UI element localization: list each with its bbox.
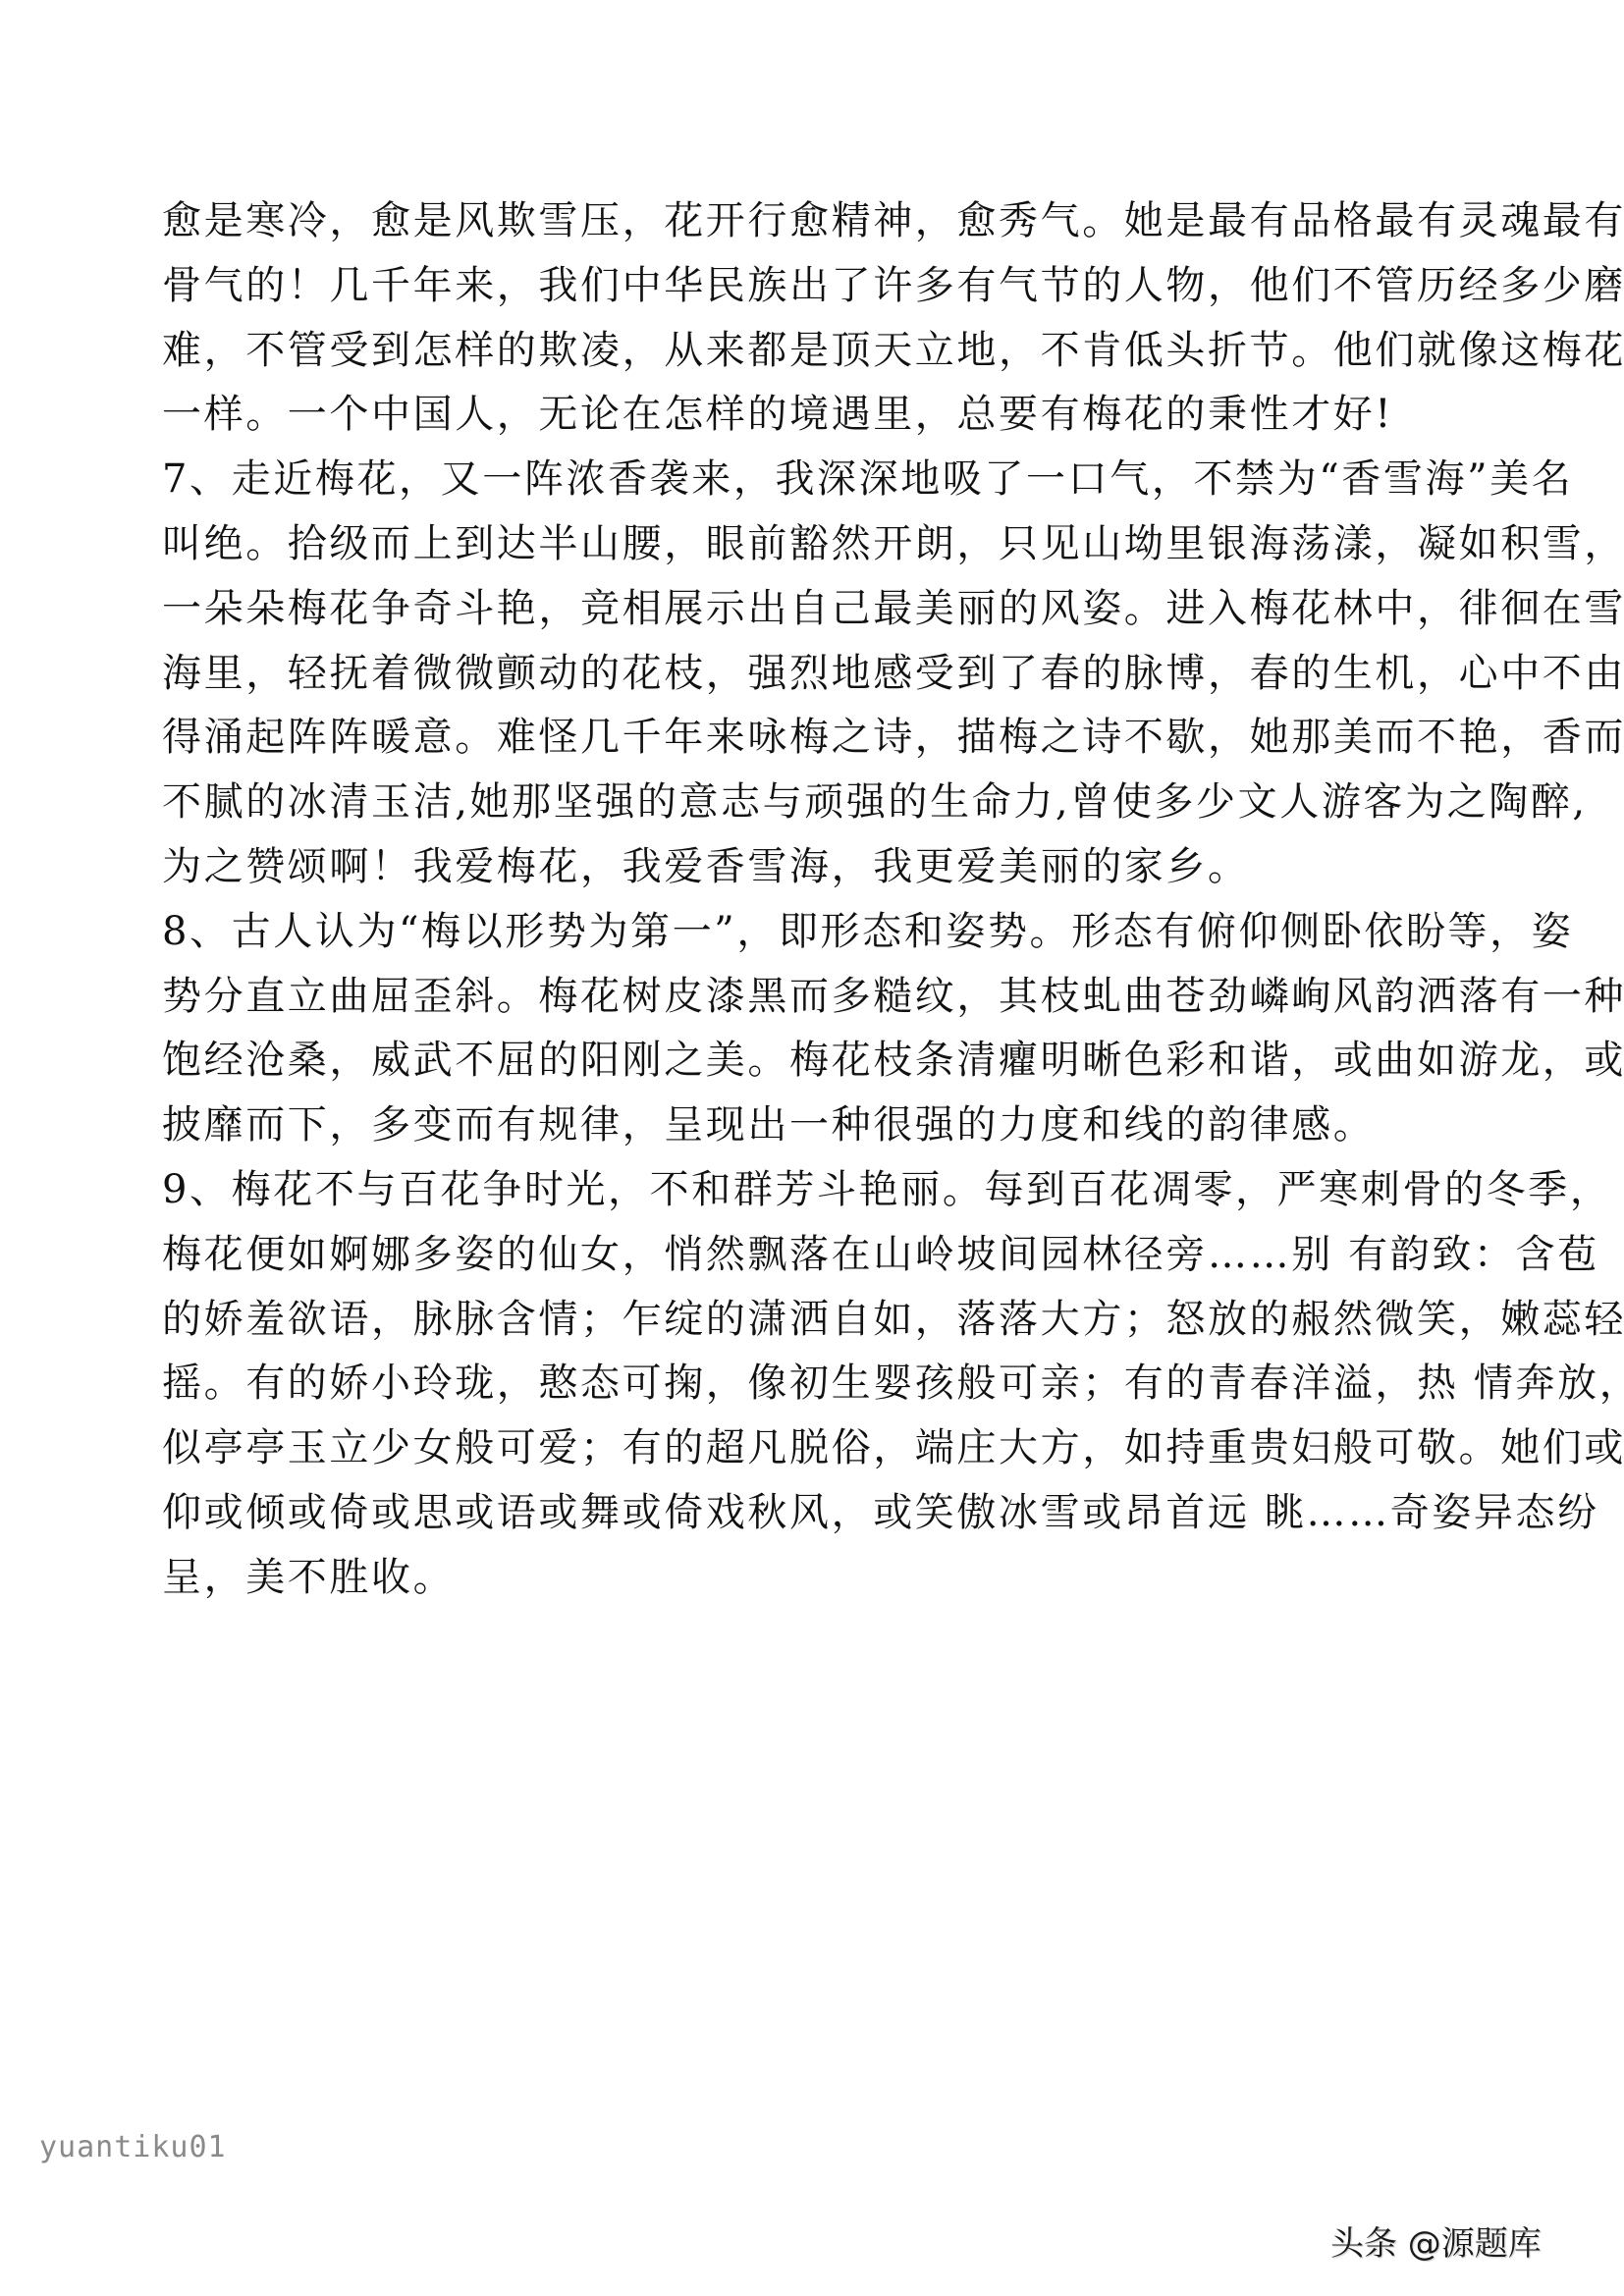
text-line: 一样。一个中国人，无论在怎样的境遇里，总要有梅花的秉性才好! (162, 383, 1497, 448)
source-attribution: 头条 @源题库 (1330, 2216, 1542, 2265)
text-line: 摇。有的娇小玲珑，憨态可掬，像初生婴孩般可亲；有的青春洋溢，热 情奔放， (162, 1352, 1497, 1416)
text-line: 难，不管受到怎样的欺凌，从来都是顶天立地，不肯低头折节。他们就像这梅花 (162, 319, 1497, 384)
watermark-text: yuantiku01 (39, 2130, 227, 2164)
text-line: 似亭亭玉立少女般可爱；有的超凡脱俗，端庄大方，如持重贵妇般可敬。她们或 (162, 1416, 1497, 1481)
text-line: 呈，美不胜收。 (162, 1546, 1497, 1611)
paragraph-7-line: 7、走近梅花，又一阵浓香袭来，我深深地吸了一口气，不禁为“香雪海”美名 (162, 448, 1497, 512)
text-line: 愈是寒冷，愈是风欺雪压，花开行愈精神，愈秀气。她是最有品格最有灵魂最有 (162, 189, 1497, 254)
text-line: 仰或倾或倚或思或语或舞或倚戏秋风，或笑傲冰雪或昂首远 眺……奇姿异态纷 (162, 1481, 1497, 1546)
text-line: 得涌起阵阵暖意。难怪几千年来咏梅之诗，描梅之诗不歇，她那美而不艳，香而 (162, 706, 1497, 771)
text-line: 饱经沧桑，威武不屈的阳刚之美。梅花枝条清癯明晰色彩和谐，或曲如游龙，或 (162, 1029, 1497, 1094)
text-line: 为之赞颂啊！我爱梅花，我爱香雪海，我更爱美丽的家乡。 (162, 835, 1497, 900)
text-line: 海里，轻抚着微微颤动的花枝，强烈地感受到了春的脉博，春的生机，心中不由 (162, 642, 1497, 707)
text-line: 梅花便如婀娜多姿的仙女，悄然飘落在山岭坡间园林径旁……别 有韵致：含苞 (162, 1223, 1497, 1288)
text-line: 骨气的！几千年来，我们中华民族出了许多有气节的人物，他们不管历经多少磨 (162, 254, 1497, 319)
text-line: 的娇羞欲语，脉脉含情；乍绽的潇洒自如，落落大方；怒放的赧然微笑，嫩蕊轻 (162, 1288, 1497, 1353)
paragraph-8-line: 8、古人认为“梅以形势为第一”，即形态和姿势。形态有俯仰侧卧依盼等，姿 (162, 900, 1497, 965)
document-body: 愈是寒冷，愈是风欺雪压，花开行愈精神，愈秀气。她是最有品格最有灵魂最有 骨气的！… (162, 189, 1497, 1611)
text-line: 一朵朵梅花争奇斗艳，竞相展示出自己最美丽的风姿。进入梅花林中，徘徊在雪 (162, 577, 1497, 642)
text-line: 势分直立曲屈歪斜。梅花树皮漆黑而多糙纹，其枝虬曲苍劲嶙峋风韵洒落有一种 (162, 965, 1497, 1030)
paragraph-9-line: 9、梅花不与百花争时光，不和群芳斗艳丽。每到百花凋零，严寒刺骨的冬季， (162, 1158, 1497, 1223)
text-line: 叫绝。拾级而上到达半山腰，眼前豁然开朗，只见山坳里银海荡漾，凝如积雪， (162, 512, 1497, 577)
text-line: 披靡而下，多变而有规律，呈现出一种很强的力度和线的韵律感。 (162, 1094, 1497, 1158)
text-line: 不腻的冰清玉洁,她那坚强的意志与顽强的生命力,曾使多少文人游客为之陶醉, (162, 771, 1497, 835)
